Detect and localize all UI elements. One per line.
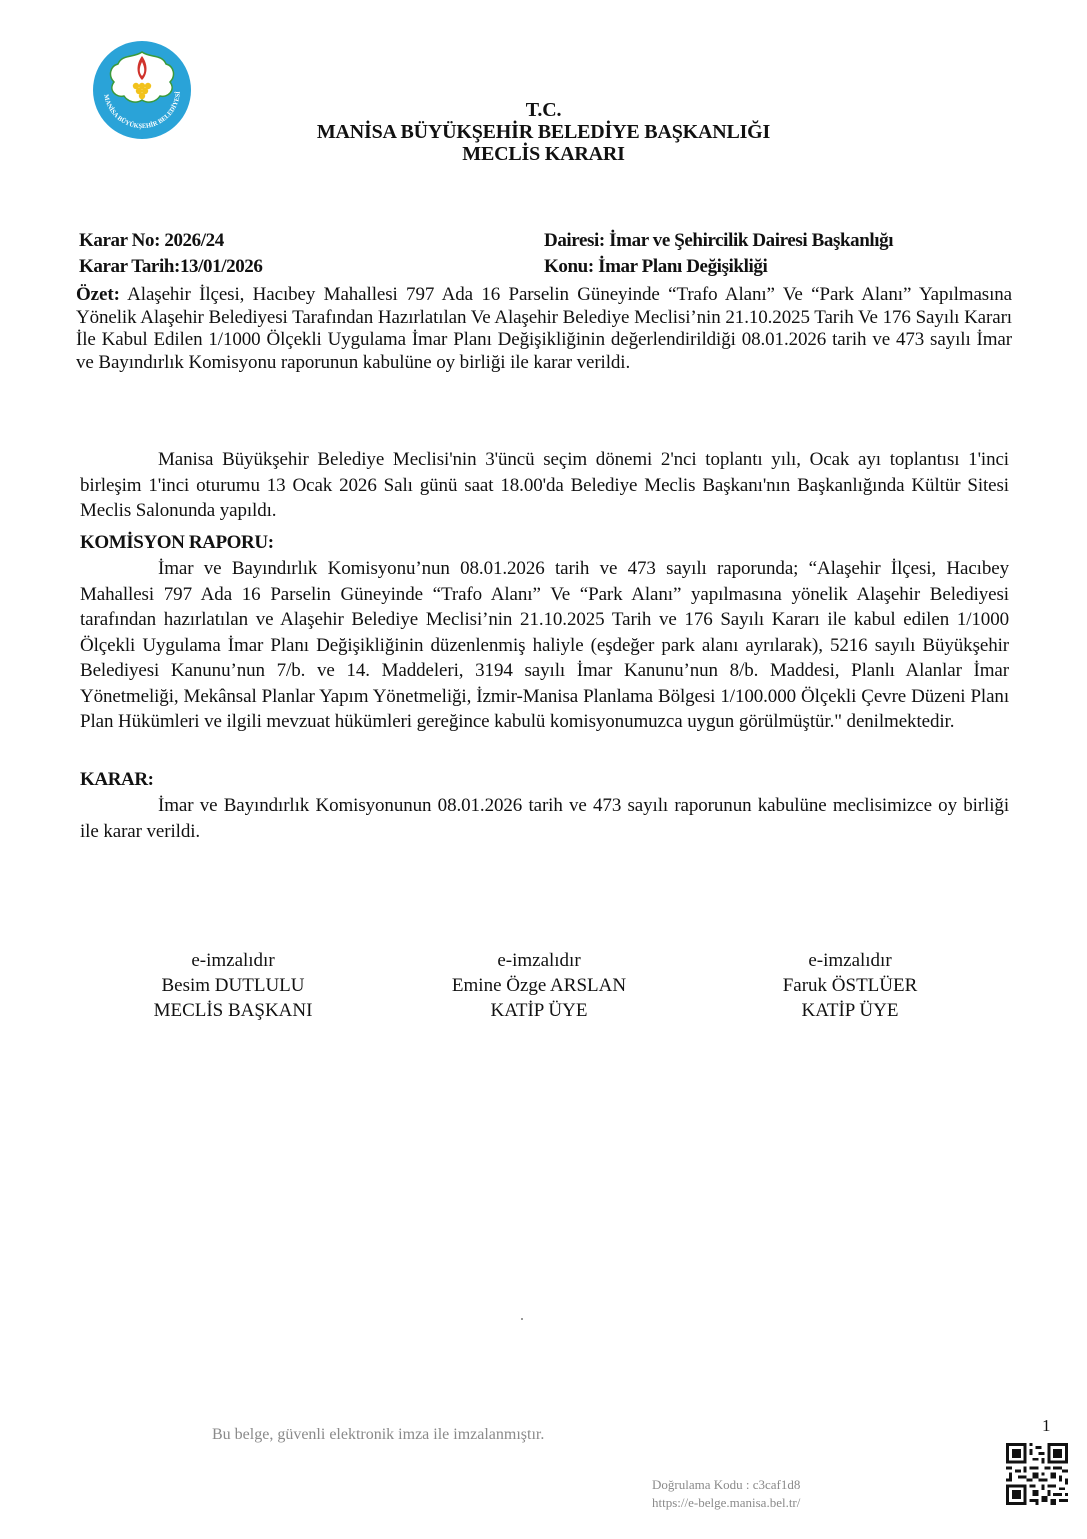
summary-label: Özet: <box>76 284 120 305</box>
e-signature-notice: Bu belge, güvenli elektronik imza ile im… <box>212 1426 544 1444</box>
scan-artifact <box>521 1318 523 1320</box>
verification-code: Doğrulama Kodu : c3caf1d8 <box>652 1477 800 1493</box>
decision-heading: KARAR: <box>80 769 154 791</box>
signature-status: e-imzalıdır <box>389 948 689 973</box>
subject: Konu: İmar Planı Değişikliği <box>544 256 767 278</box>
signatory-title: KATİP ÜYE <box>700 998 1000 1023</box>
signature-block: e-imzalıdır Emine Özge ARSLAN KATİP ÜYE <box>389 948 689 1023</box>
commission-report-text: İmar ve Bayındırlık Komisyonu’nun 08.01.… <box>80 556 1009 735</box>
page-number: 1 <box>1042 1416 1051 1436</box>
commission-report-heading: KOMİSYON RAPORU: <box>80 532 274 554</box>
signatory-name: Besim DUTLULU <box>83 973 383 998</box>
signatory-name: Emine Özge ARSLAN <box>389 973 689 998</box>
summary-paragraph: Özet: Alaşehir İlçesi, Hacıbey Mahallesi… <box>76 284 1012 374</box>
signatory-title: MECLİS BAŞKANI <box>83 998 383 1023</box>
signature-status: e-imzalıdır <box>83 948 383 973</box>
signature-block: e-imzalıdır Faruk ÖSTLÜER KATİP ÜYE <box>700 948 1000 1023</box>
header-tc: T.C. <box>0 99 1087 121</box>
signature-block: e-imzalıdır Besim DUTLULU MECLİS BAŞKANI <box>83 948 383 1023</box>
summary-text: Alaşehir İlçesi, Hacıbey Mahallesi 797 A… <box>76 284 1012 373</box>
decision-date: Karar Tarih:13/01/2026 <box>79 256 263 278</box>
header-institution: MANİSA BÜYÜKŞEHİR BELEDİYE BAŞKANLIĞI <box>0 121 1087 143</box>
department: Dairesi: İmar ve Şehircilik Dairesi Başk… <box>544 230 893 252</box>
signature-status: e-imzalıdır <box>700 948 1000 973</box>
decision-text: İmar ve Bayındırlık Komisyonunun 08.01.2… <box>80 793 1009 844</box>
header-document-type: MECLİS KARARI <box>0 143 1087 165</box>
session-intro-paragraph: Manisa Büyükşehir Belediye Meclisi'nin 3… <box>80 447 1009 524</box>
qr-code-icon[interactable] <box>1006 1443 1068 1505</box>
signatory-name: Faruk ÖSTLÜER <box>700 973 1000 998</box>
verification-url-link[interactable]: https://e-belge.manisa.bel.tr/ <box>652 1495 800 1511</box>
decision-number: Karar No: 2026/24 <box>79 230 224 252</box>
signatory-title: KATİP ÜYE <box>389 998 689 1023</box>
